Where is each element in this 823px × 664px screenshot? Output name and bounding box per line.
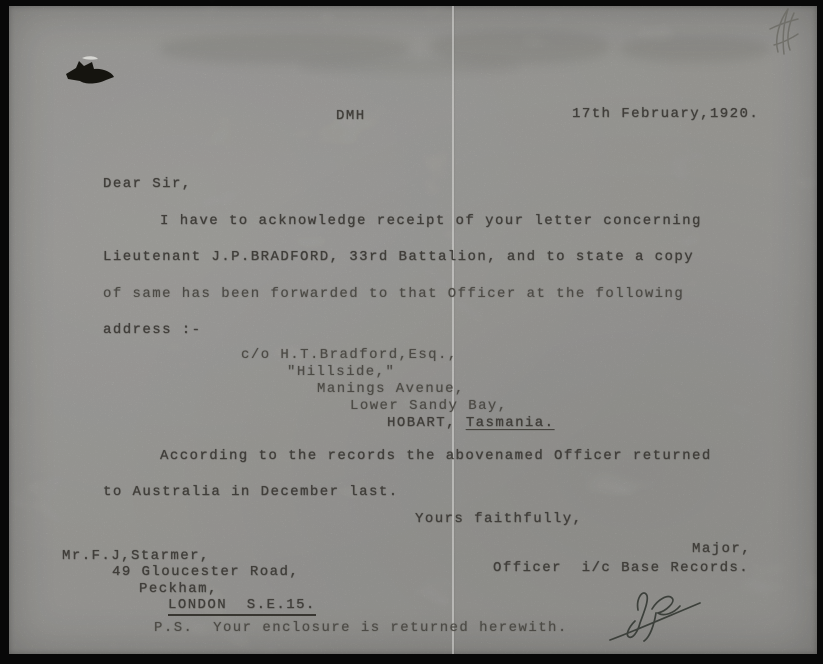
body-paragraph2-line2: to Australia in December last. <box>103 484 399 501</box>
body-paragraph1-line4: address :- <box>103 322 202 339</box>
recipient-city-text: LONDON S.E.15. <box>168 597 316 616</box>
scanned-letter: DMH 17th February,1920. Dear Sir, I have… <box>0 0 823 664</box>
closing: Yours faithfully, <box>415 511 582 528</box>
forward-address-state: Tasmania. <box>466 415 555 431</box>
letter-content: DMH 17th February,1920. Dear Sir, I have… <box>0 0 823 664</box>
recipient-name: Mr.F.J,Starmer, <box>62 548 210 565</box>
postscript: P.S. Your enclosure is returned herewith… <box>154 620 568 637</box>
salutation: Dear Sir, <box>103 176 192 193</box>
forward-address-line5: HOBART, Tasmania. <box>387 415 554 432</box>
signature-title: Officer i/c Base Records. <box>493 560 749 577</box>
letter-date: 17th February,1920. <box>572 106 759 123</box>
forward-address-line4: Lower Sandy Bay, <box>350 398 508 415</box>
forward-address-city: HOBART, <box>387 415 466 431</box>
recipient-street: 49 Gloucester Road, <box>112 564 299 581</box>
forward-address-line1: c/o H.T.Bradford,Esq., <box>241 347 458 364</box>
body-paragraph1-line1: I have to acknowledge receipt of your le… <box>160 213 702 230</box>
recipient-city: LONDON S.E.15. <box>168 597 316 614</box>
forward-address-line3: Manings Avenue, <box>317 381 465 398</box>
reference-initials: DMH <box>336 108 366 125</box>
forward-address-line2: "Hillside," <box>287 364 395 381</box>
body-paragraph2-line1: According to the records the abovenamed … <box>160 448 712 465</box>
body-paragraph1-line2: Lieutenant J.P.BRADFORD, 33rd Battalion,… <box>103 249 694 266</box>
signature-rank: Major, <box>692 541 751 558</box>
recipient-district: Peckham, <box>139 581 218 598</box>
body-paragraph1-line3: of same has been forwarded to that Offic… <box>103 286 684 303</box>
